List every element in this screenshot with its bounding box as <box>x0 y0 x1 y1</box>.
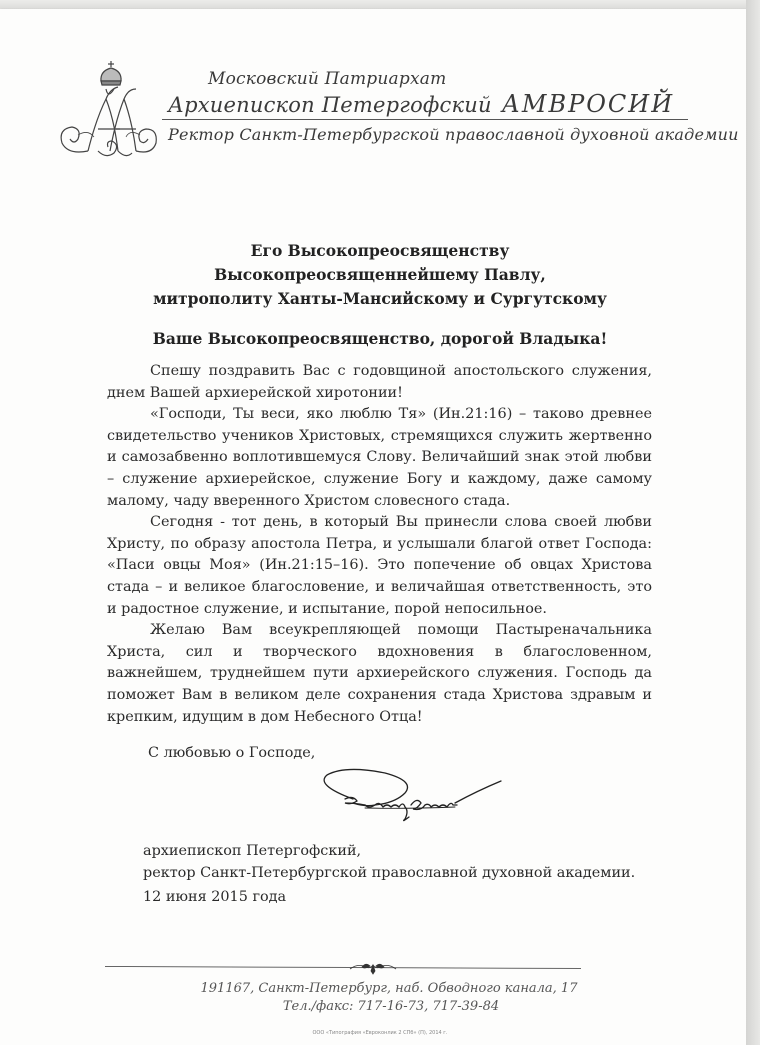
flourish-ornament-icon <box>348 959 398 975</box>
body-paragraph: Желаю Вам всеукрепляющей помощи Пастырен… <box>107 620 652 728</box>
closing-phrase: С любовью о Господе, <box>148 745 315 761</box>
body-paragraph: Спешу поздравить Вас с годовщиной апосто… <box>107 361 652 404</box>
letter-date: 12 июня 2015 года <box>143 889 286 905</box>
letter-body: Спешу поздравить Вас с годовщиной апосто… <box>107 361 652 728</box>
body-paragraph: Сегодня - тот день, в который Вы принесл… <box>107 512 652 620</box>
scan-edge-right <box>746 0 760 1045</box>
body-paragraph: «Господи, Ты веси, яко люблю Тя» (Ин.21:… <box>107 404 652 512</box>
letterhead-title: Архиепископ Петергофский <box>168 93 492 117</box>
footer-phone: Тел./факс: 717-16-73, 717-39-84 <box>0 999 760 1014</box>
letterhead-rule <box>162 119 688 120</box>
addressee-line-3: митрополиту Ханты-Мансийскому и Сургутск… <box>0 289 760 308</box>
salutation: Ваше Высокопреосвященство, дорогой Влады… <box>0 329 760 348</box>
printer-imprint: ООО «Типография «Евроконлик 2 СПб» (П), … <box>0 1030 760 1036</box>
letterhead-patriarchate: Московский Патриархат <box>208 69 446 89</box>
letter-page: Московский Патриархат Архиепископ Петерг… <box>0 9 746 1045</box>
addressee-line-1: Его Высокопреосвященству <box>0 241 760 260</box>
letterhead-rector: Ректор Санкт-Петербургской православной … <box>168 125 739 144</box>
letterhead-name: АМВРОСИЙ <box>502 90 674 118</box>
signatory-position: ректор Санкт-Петербургской православной … <box>143 865 635 881</box>
footer-address: 191167, Санкт-Петербург, наб. Обводного … <box>0 981 760 996</box>
signatory-title: архиепископ Петергофский, <box>143 843 361 859</box>
crowned-monogram-icon <box>48 59 158 159</box>
letterhead-archbishop: Архиепископ ПетергофскийАМВРОСИЙ <box>168 90 674 118</box>
footer-rule <box>105 966 581 969</box>
handwritten-signature-icon <box>305 765 515 837</box>
addressee-line-2: Высокопреосвященнейшему Павлу, <box>0 265 760 284</box>
scan-edge-top <box>0 0 760 9</box>
